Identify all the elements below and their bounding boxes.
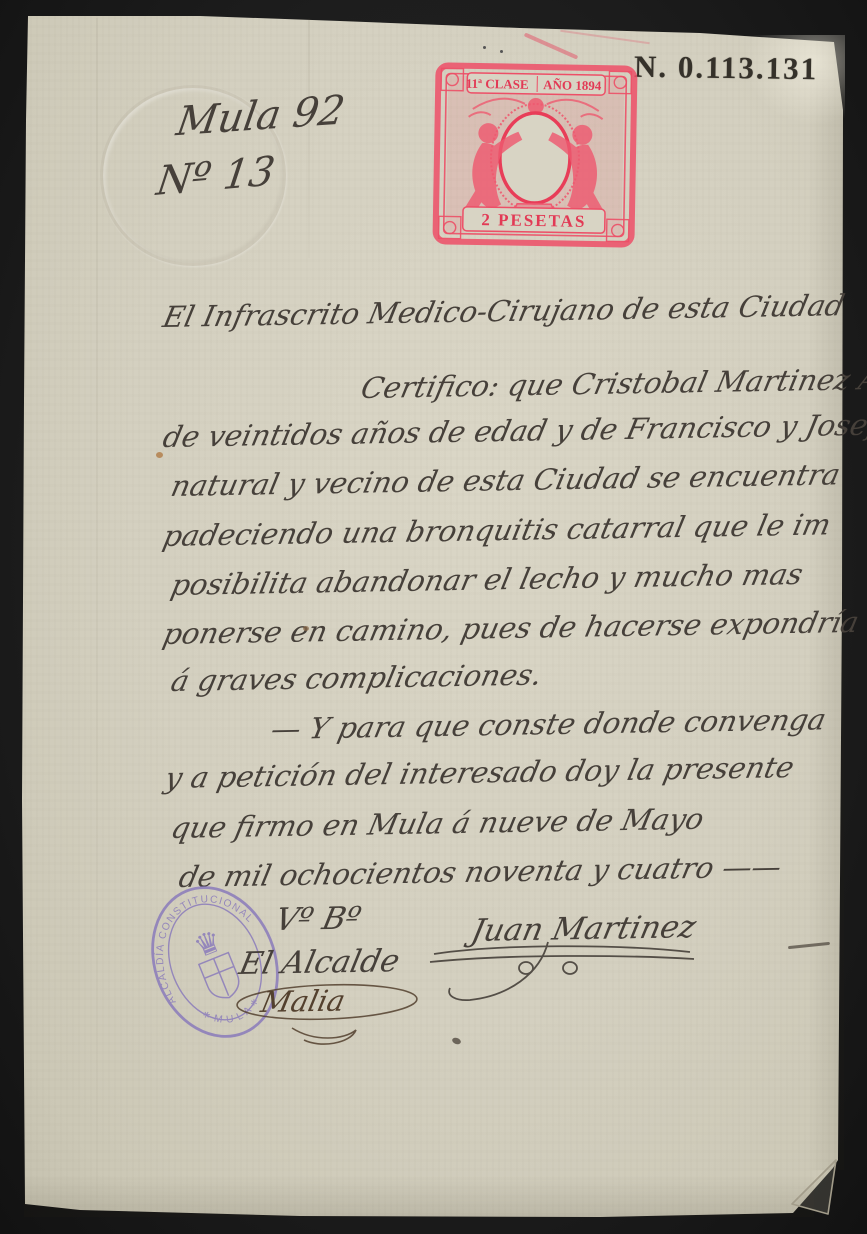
stamp-year-text: AÑO 1894 <box>543 77 602 93</box>
alcalde-title: El Alcalde <box>236 946 395 982</box>
paper-stain <box>303 626 309 631</box>
handwritten-line: á graves complicaciones. <box>168 664 537 698</box>
paper-stain <box>156 452 163 458</box>
handwritten-line: — Y para que conste donde convenga <box>268 712 820 746</box>
handwritten-line: de veintidos años de edad y de Francisco… <box>160 420 867 454</box>
fold-corner <box>784 1154 842 1218</box>
serial-number: N. 0.113.131 <box>634 49 819 88</box>
visto-bueno: Vº Bº <box>272 902 356 938</box>
handwritten-line: Certifico: que Cristobal Martinez Artero <box>358 371 867 405</box>
crown-icon: ♛ <box>189 923 227 965</box>
handwritten-line: y a petición del interesado doy la prese… <box>162 761 788 795</box>
handwritten-line: que firmo en Mula á nueve de Mayo <box>168 811 698 845</box>
reference-doc-number: Nº 13 <box>151 151 271 205</box>
stamp-class-text: 11ª CLASE <box>466 76 529 92</box>
handwritten-line: natural y vecino de esta Ciudad se encue… <box>168 469 834 503</box>
stamp-value-text: 2 PESETAS <box>481 210 586 231</box>
handwritten-line: posibilita abandonar el lecho y mucho ma… <box>168 568 796 602</box>
alcalde-signature-flourish <box>232 980 422 1055</box>
paper-speck <box>500 50 503 53</box>
paper-speck <box>483 46 486 49</box>
revenue-stamp: 11ª CLASE AÑO 1894 <box>430 60 639 250</box>
scanned-document: N. 0.113.131 Mula 92 Nº 13 11ª CLASE AÑO… <box>0 0 867 1234</box>
handwritten-line: El Infrascrito Medico-Cirujano de esta C… <box>160 300 838 334</box>
paper-crease <box>96 18 98 1198</box>
doctor-signature-flourish <box>428 940 698 1020</box>
handwritten-line: ponerse en camino, pues de hacerse expon… <box>160 617 852 651</box>
reference-town-number: Mula 92 <box>171 91 340 146</box>
handwritten-line: padeciendo una bronquitis catarral que l… <box>160 519 824 553</box>
paper-edge-shadow <box>24 1175 814 1217</box>
revenue-stamp-graphic: 11ª CLASE AÑO 1894 <box>430 60 639 250</box>
